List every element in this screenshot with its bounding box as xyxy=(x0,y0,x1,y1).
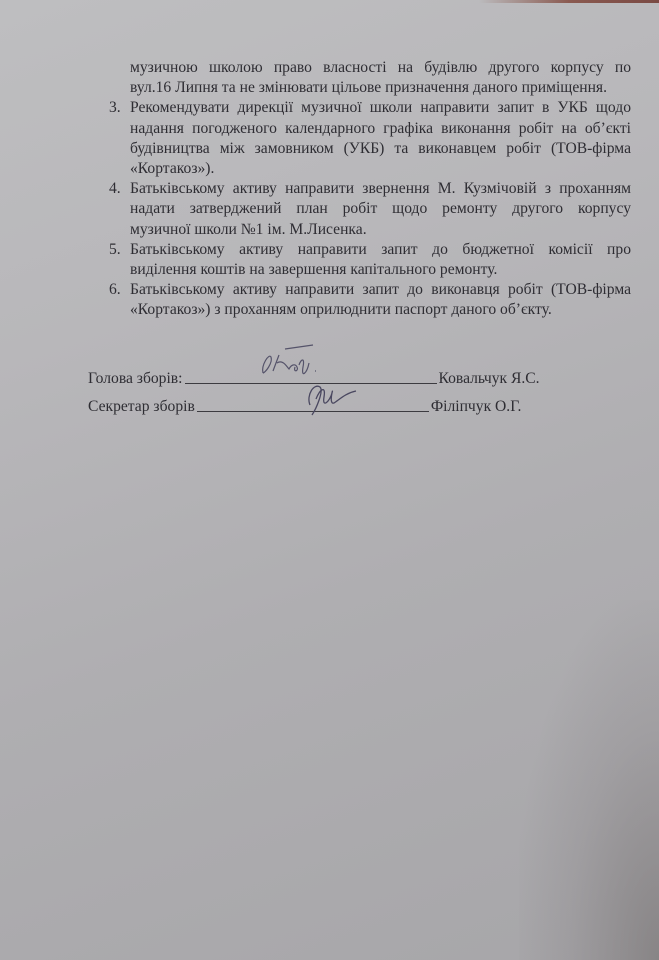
page-shadow xyxy=(519,600,659,960)
text-line: «Кортакоз») з проханням оприлюднити пасп… xyxy=(130,300,631,320)
scanned-page: музичною школою право власності на будів… xyxy=(0,0,659,960)
text-line: Батьківському активу направити запит до … xyxy=(130,280,631,300)
item-number: 5. xyxy=(109,240,121,260)
text-line: будівництва між замовником (УКБ) та вико… xyxy=(130,139,631,159)
handwritten-signature-icon xyxy=(255,343,345,383)
text-line: надання погодженого календарного графіка… xyxy=(130,119,631,139)
document-body: музичною школою право власності на будів… xyxy=(85,58,631,321)
background-edge xyxy=(479,0,659,3)
signature-line xyxy=(197,397,429,412)
text-line: надати затверджений план робіт щодо ремо… xyxy=(130,199,631,219)
text-line: вул.16 Липня та не змінювати цільове при… xyxy=(130,78,631,98)
signature-role: Секретар зборів xyxy=(88,398,195,416)
text-line: музичною школою право власності на будів… xyxy=(130,58,631,78)
text-line: музичної школи №1 ім. М.Лисенка. xyxy=(130,220,631,240)
continuation-paragraph: музичною школою право власності на будів… xyxy=(85,58,631,98)
item-number: 6. xyxy=(109,280,121,300)
text-line: виділення коштів на завершення капітальн… xyxy=(130,260,631,280)
list-item-3: 3. Рекомендувати дирекції музичної школи… xyxy=(85,98,631,179)
item-number: 4. xyxy=(109,179,121,199)
signature-line xyxy=(185,369,437,384)
signature-block: Голова зборів: Ковальчук Я.С. Секретар з… xyxy=(88,360,648,416)
list-item-5: 5. Батьківському активу направити запит … xyxy=(85,240,631,280)
signature-role: Голова зборів: xyxy=(88,370,183,388)
signature-name: Філіпчук О.Г. xyxy=(431,398,522,416)
text-line: Батьківському активу направити запит до … xyxy=(130,240,631,260)
signature-name: Ковальчук Я.С. xyxy=(439,370,540,388)
text-line: Батьківському активу направити звернення… xyxy=(130,179,631,199)
text-line: «Кортакоз»). xyxy=(130,159,631,179)
item-number: 3. xyxy=(109,98,121,118)
signature-row-chair: Голова зборів: Ковальчук Я.С. xyxy=(88,360,648,388)
text-line: Рекомендувати дирекції музичної школи на… xyxy=(130,98,631,118)
list-item-4: 4. Батьківському активу направити зверне… xyxy=(85,179,631,240)
list-item-6: 6. Батьківському активу направити запит … xyxy=(85,280,631,320)
signature-row-secretary: Секретар зборів Філіпчук О.Г. xyxy=(88,388,648,416)
